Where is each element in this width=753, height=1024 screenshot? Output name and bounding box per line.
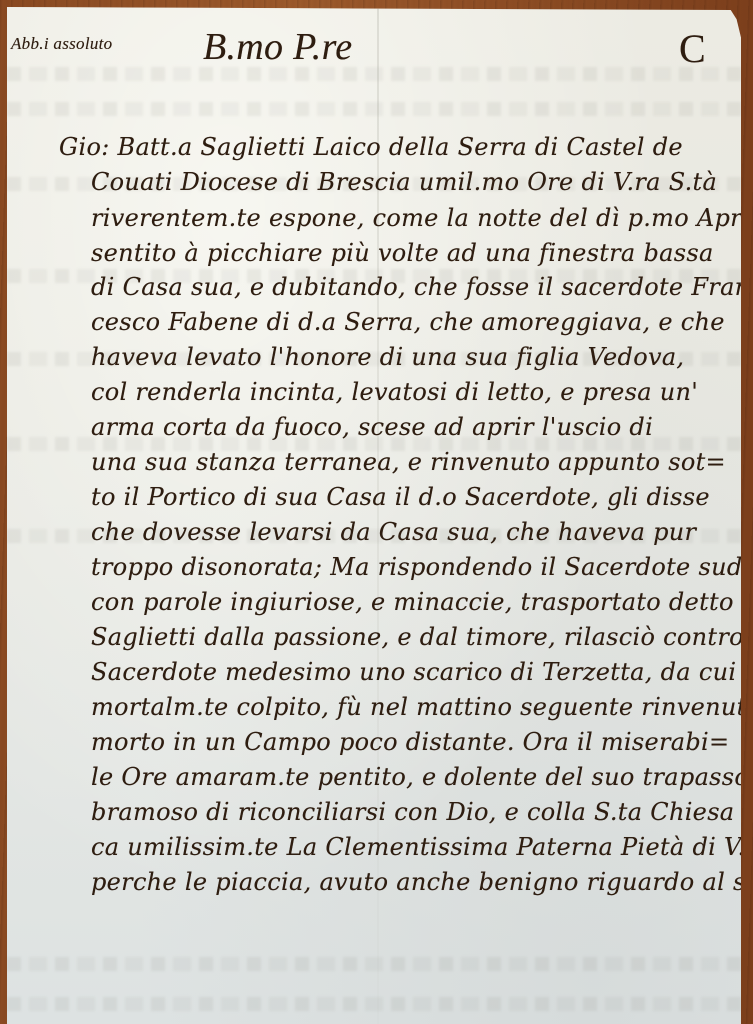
text-line: Sacerdote medesimo uno scarico di Terzet… bbox=[91, 657, 736, 687]
text-line: riverentem.te espone, come la notte del … bbox=[91, 203, 753, 233]
text-line: con parole ingiuriose, e minaccie, trasp… bbox=[91, 587, 734, 617]
folio-mark: C bbox=[679, 25, 706, 72]
text-line: Gio: Batt.a Saglietti Laico della Serra … bbox=[59, 132, 683, 162]
bleed-through bbox=[7, 957, 741, 971]
text-line: morto in un Campo poco distante. Ora il … bbox=[91, 727, 729, 757]
text-line: ca umilissim.te La Clementissima Paterna… bbox=[91, 832, 753, 862]
bleed-through bbox=[7, 997, 741, 1011]
text-line: mortalm.te colpito, fù nel mattino segue… bbox=[91, 692, 753, 722]
text-line: col renderla incinta, levatosi di letto,… bbox=[91, 377, 698, 407]
text-line: to il Portico di sua Casa il d.o Sacerdo… bbox=[91, 482, 710, 512]
text-line: perche le piaccia, avuto anche benigno r… bbox=[91, 867, 753, 897]
salutation: B.mo P.re bbox=[203, 25, 352, 69]
manuscript-page: Abb.i assoluto B.mo P.re C Gio: Batt.a S… bbox=[7, 7, 741, 1024]
text-line: che dovesse levarsi da Casa sua, che hav… bbox=[91, 517, 696, 547]
text-line: bramoso di riconciliarsi con Dio, e coll… bbox=[91, 797, 753, 827]
text-line: sentito à picchiare più volte ad una fin… bbox=[91, 238, 714, 268]
text-line: arma corta da fuoco, scese ad aprir l'us… bbox=[91, 412, 653, 442]
text-line: le Ore amaram.te pentito, e dolente del … bbox=[91, 762, 753, 792]
text-line: di Casa sua, e dubitando, che fosse il s… bbox=[91, 272, 753, 302]
text-line: cesco Fabene di d.a Serra, che amoreggia… bbox=[91, 307, 725, 337]
bleed-through bbox=[7, 102, 741, 116]
text-line: haveva levato l'honore di una sua figlia… bbox=[91, 342, 684, 372]
text-line: una sua stanza terranea, e rinvenuto app… bbox=[91, 447, 726, 477]
text-line: Couati Diocese di Brescia umil.mo Ore di… bbox=[91, 167, 717, 197]
text-line: troppo disonorata; Ma rispondendo il Sac… bbox=[91, 552, 753, 582]
text-line: Saglietti dalla passione, e dal timore, … bbox=[91, 622, 753, 652]
bleed-through bbox=[7, 67, 741, 81]
margin-note: Abb.i assoluto bbox=[11, 34, 113, 54]
